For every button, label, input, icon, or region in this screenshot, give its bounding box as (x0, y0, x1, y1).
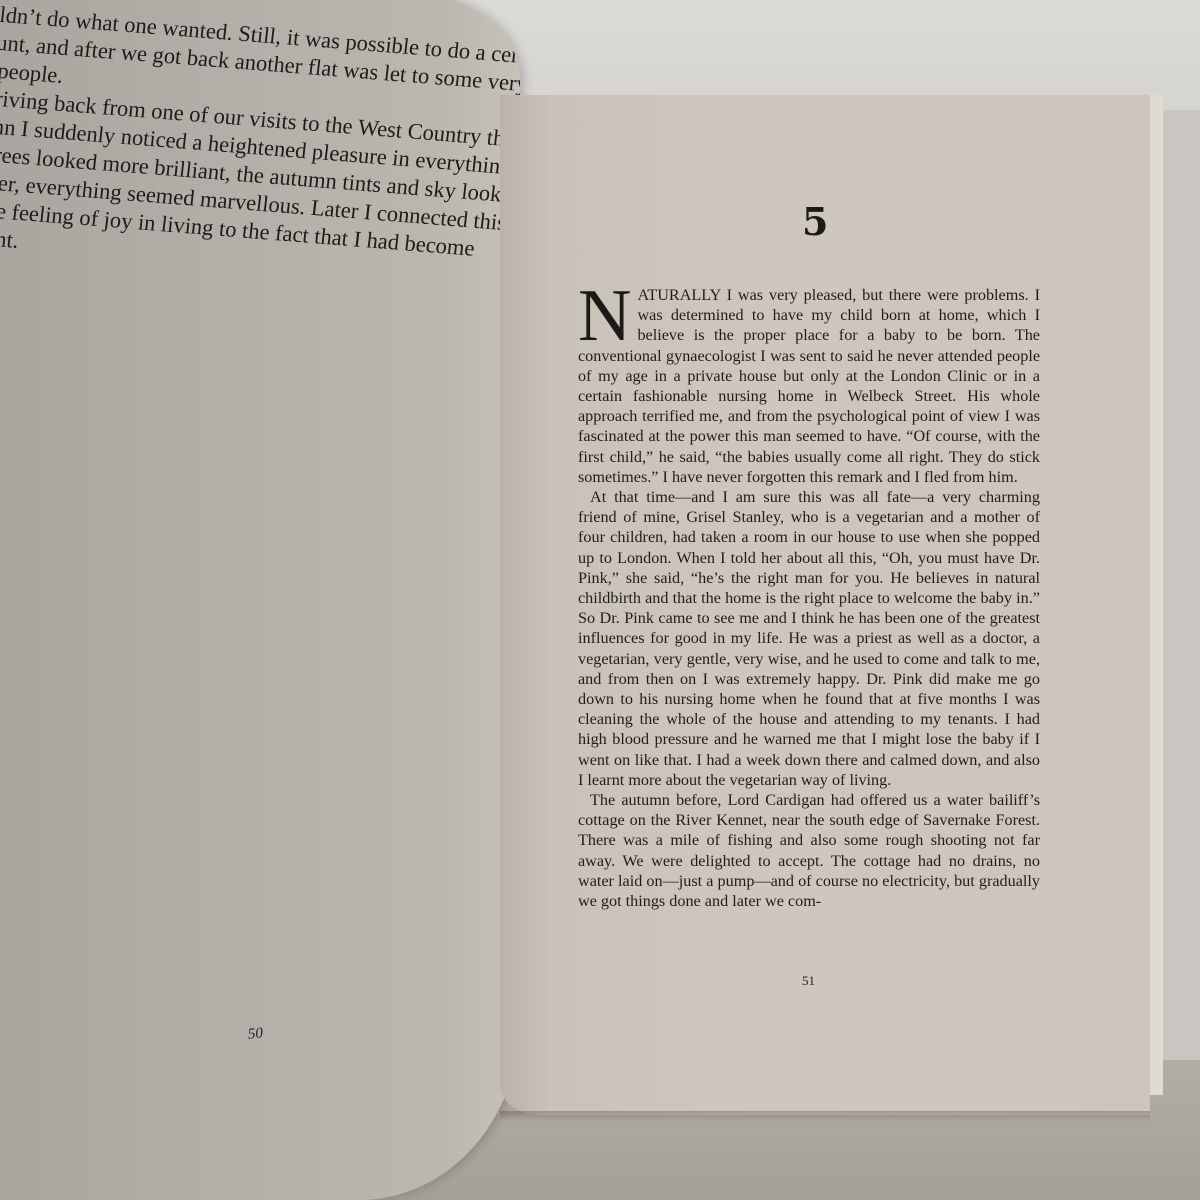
paragraph: NATURALLY I was very pleased, but there … (578, 285, 1040, 487)
paragraph: At that time—and I am sure this was all … (578, 487, 1040, 790)
page-number-right: 51 (802, 973, 815, 989)
right-page: 5 NATURALLY I was very pleased, but ther… (500, 95, 1150, 1115)
paragraph: The autumn before, Lord Cardigan had off… (578, 790, 1040, 911)
left-page-text: uldn’t do what one wanted. Still, it was… (0, 0, 520, 294)
drop-cap: N (578, 287, 631, 345)
chapter-body: NATURALLY I was very pleased, but there … (578, 285, 1040, 911)
paragraph-text: ATURALLY I was very pleased, but there w… (578, 286, 1040, 486)
page-number-left: 50 (247, 1025, 264, 1043)
chapter-number: 5 (802, 199, 828, 244)
left-page: uldn’t do what one wanted. Still, it was… (0, 0, 520, 1200)
